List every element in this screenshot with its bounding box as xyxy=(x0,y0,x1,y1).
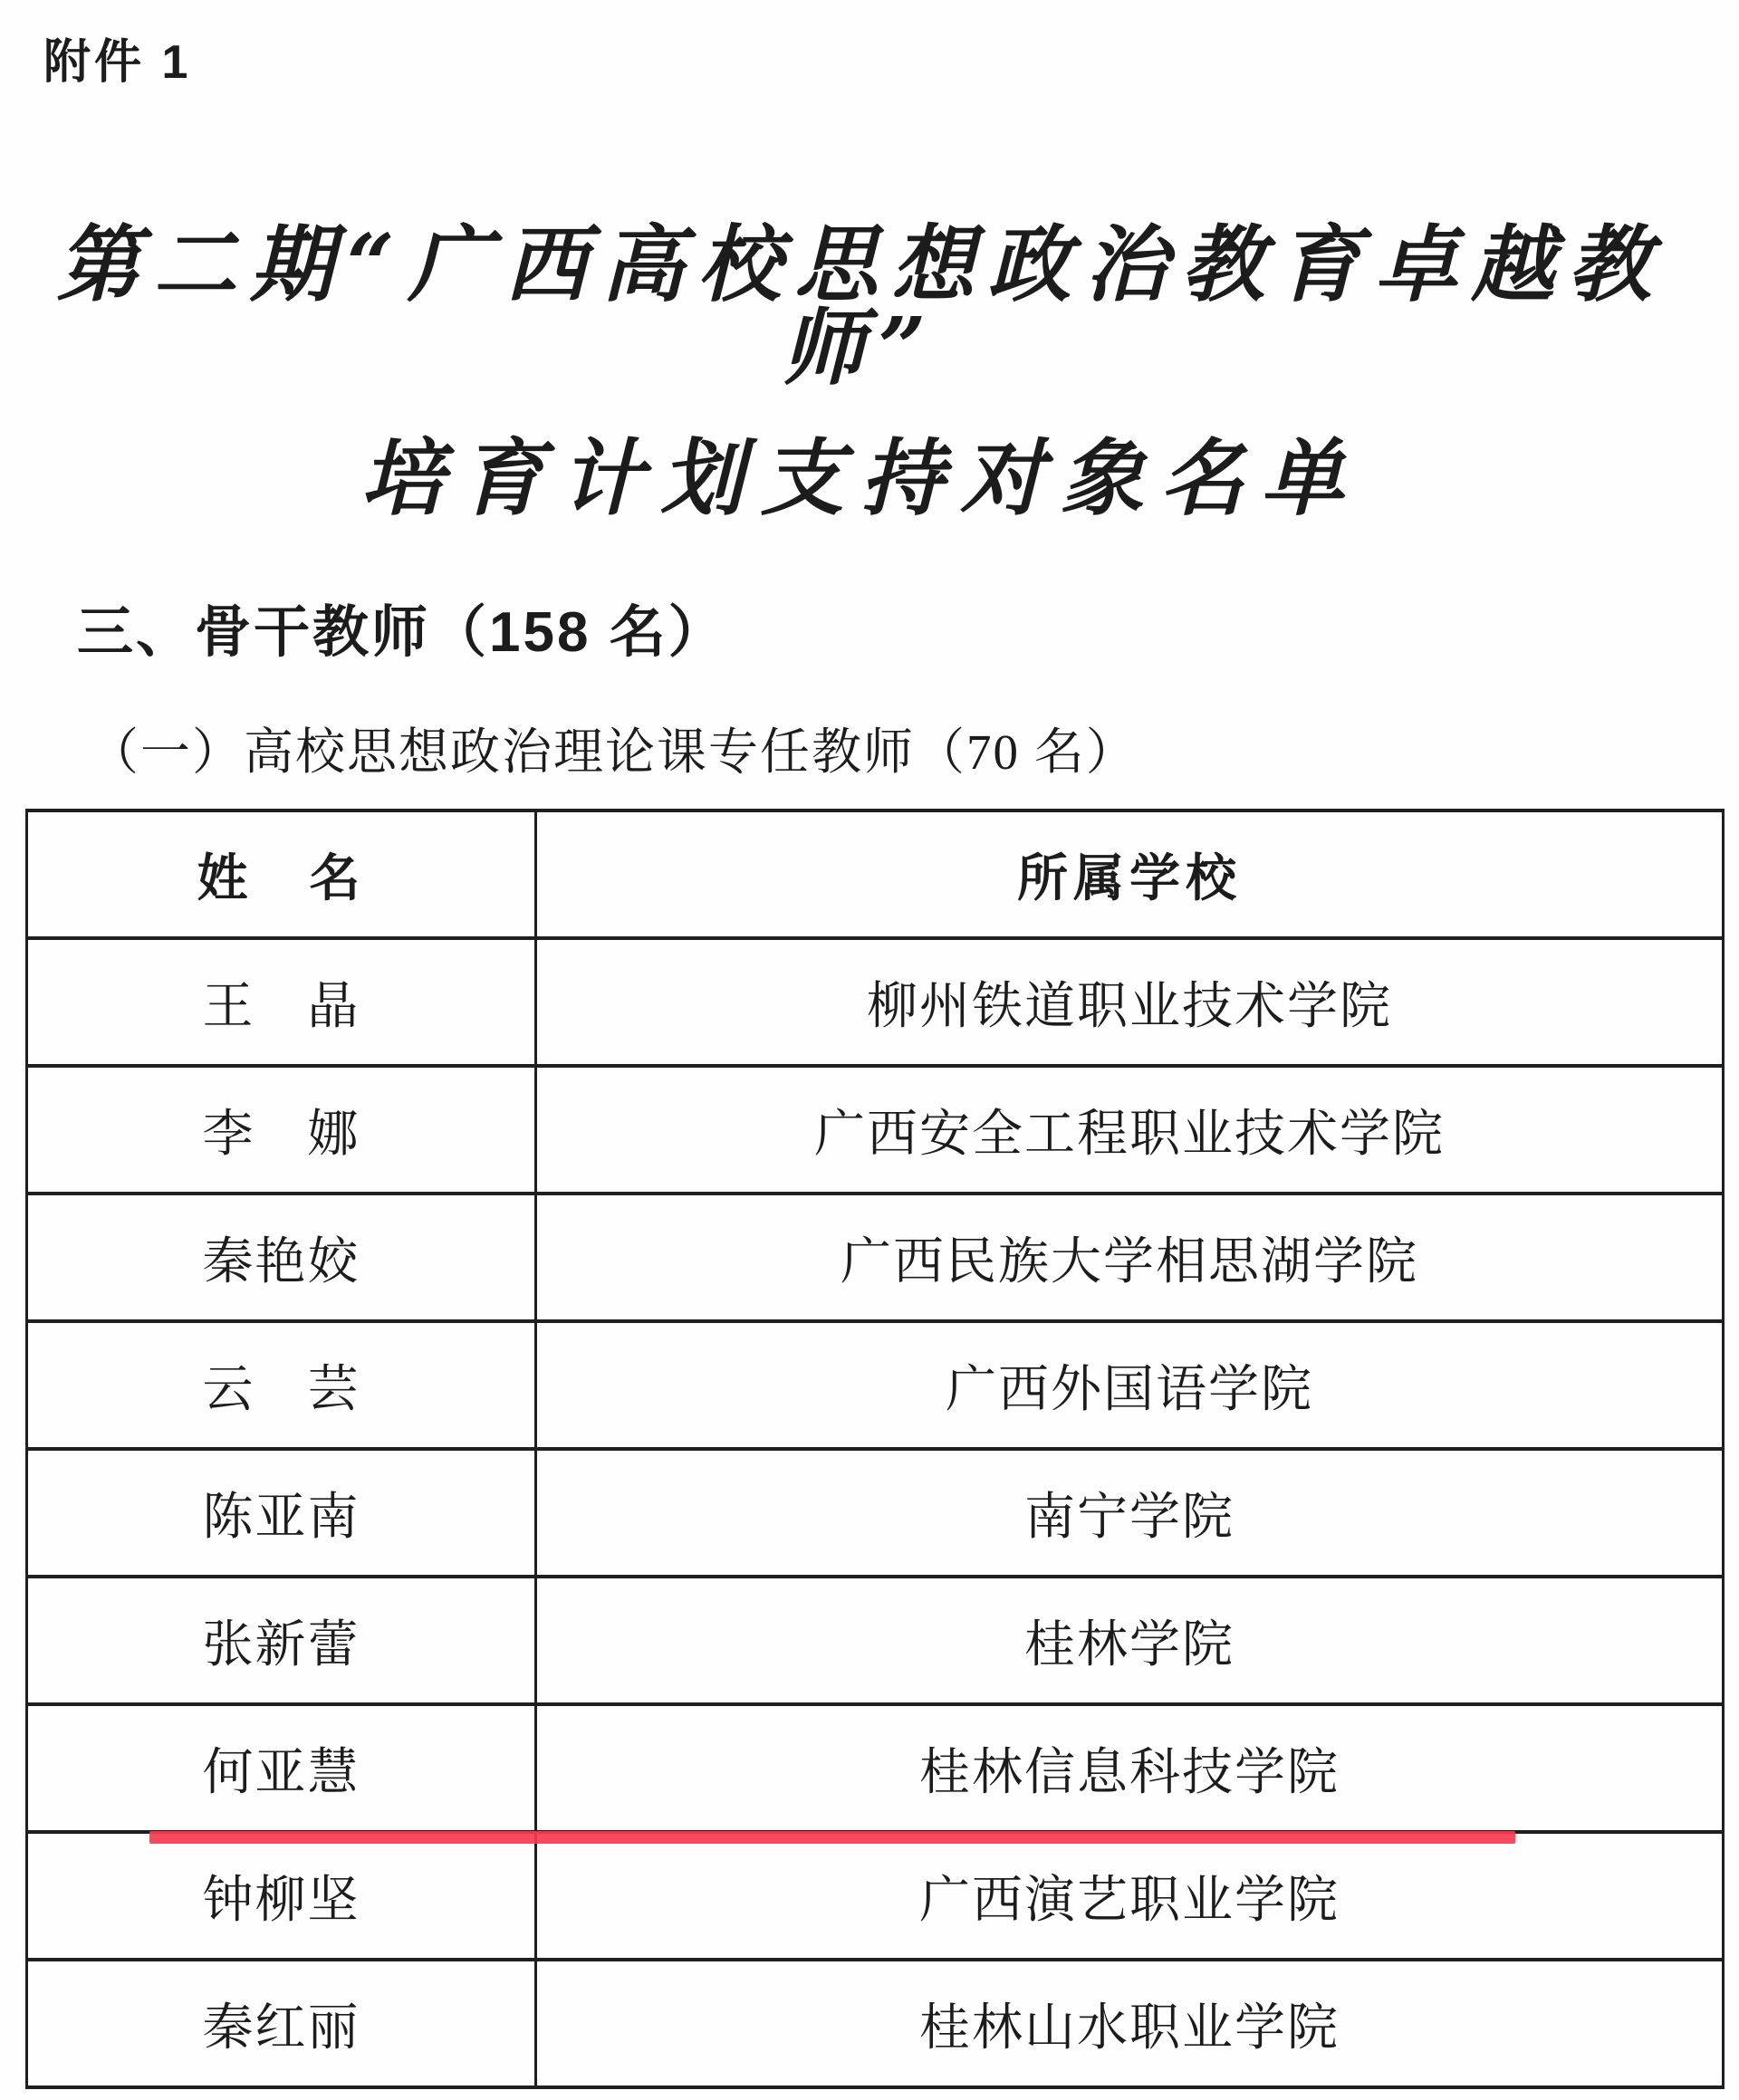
section-heading: 三、骨干教师（158 名） xyxy=(77,587,727,667)
teacher-name-cell: 王 晶 xyxy=(27,938,536,1066)
teacher-name-cell: 何亚慧 xyxy=(27,1704,536,1832)
highlight-underline xyxy=(149,1831,1515,1844)
column-header-name: 姓 名 xyxy=(27,810,536,938)
table-row: 张新蕾 桂林学院 xyxy=(27,1577,1724,1704)
document-title-line1: 第二期“广西高校思想政治教育卓越教师” xyxy=(56,216,1664,397)
teacher-school-cell: 桂林信息科技学院 xyxy=(536,1704,1724,1832)
teacher-name-cell: 李 娜 xyxy=(27,1066,536,1194)
teacher-school-cell: 南宁学院 xyxy=(536,1449,1724,1577)
attachment-label: 附件 1 xyxy=(43,24,191,91)
teacher-school-cell: 广西安全工程职业技术学院 xyxy=(536,1066,1724,1194)
table-row: 李 娜 广西安全工程职业技术学院 xyxy=(27,1066,1724,1194)
teacher-name-cell: 陈亚南 xyxy=(27,1449,536,1577)
teacher-name-cell: 云 芸 xyxy=(27,1321,536,1449)
table-row: 王 晶 柳州铁道职业技术学院 xyxy=(27,938,1724,1066)
teacher-school-cell: 广西外国语学院 xyxy=(536,1321,1724,1449)
teacher-roster-table: 姓 名 所属学校 王 晶 柳州铁道职业技术学院 李 娜 广西安全工程职业技术学院… xyxy=(25,809,1725,2089)
table-row: 云 芸 广西外国语学院 xyxy=(27,1321,1724,1449)
teacher-name-cell: 秦红丽 xyxy=(27,1960,536,2087)
document-title: 第二期“广西高校思想政治教育卓越教师” 培育计划支持对象名单 xyxy=(18,223,1703,520)
table-row: 何亚慧 桂林信息科技学院 xyxy=(27,1704,1724,1832)
teacher-school-cell: 柳州铁道职业技术学院 xyxy=(536,938,1724,1066)
document-title-line2: 培育计划支持对象名单 xyxy=(18,436,1703,520)
document-page: 附件 1 第二期“广西高校思想政治教育卓越教师” 培育计划支持对象名单 三、骨干… xyxy=(0,0,1739,2100)
column-header-school: 所属学校 xyxy=(536,810,1724,938)
teacher-school-cell: 桂林学院 xyxy=(536,1577,1724,1704)
table-row: 陈亚南 南宁学院 xyxy=(27,1449,1724,1577)
teacher-name-cell: 秦艳姣 xyxy=(27,1194,536,1321)
table-row: 钟柳坚 广西演艺职业学院 xyxy=(27,1832,1724,1960)
teacher-name-cell: 钟柳坚 xyxy=(27,1832,536,1960)
table-header-row: 姓 名 所属学校 xyxy=(27,810,1724,938)
subsection-heading: （一）高校思想政治理论课专任教师（70 名） xyxy=(89,712,1138,783)
teacher-name-cell: 张新蕾 xyxy=(27,1577,536,1704)
teacher-school-cell: 广西演艺职业学院 xyxy=(536,1832,1724,1960)
teacher-school-cell: 桂林山水职业学院 xyxy=(536,1960,1724,2087)
roster-table-body: 王 晶 柳州铁道职业技术学院 李 娜 广西安全工程职业技术学院 秦艳姣 广西民族… xyxy=(27,938,1724,2087)
teacher-school-cell: 广西民族大学相思湖学院 xyxy=(536,1194,1724,1321)
table-row: 秦艳姣 广西民族大学相思湖学院 xyxy=(27,1194,1724,1321)
table-row: 秦红丽 桂林山水职业学院 xyxy=(27,1960,1724,2087)
